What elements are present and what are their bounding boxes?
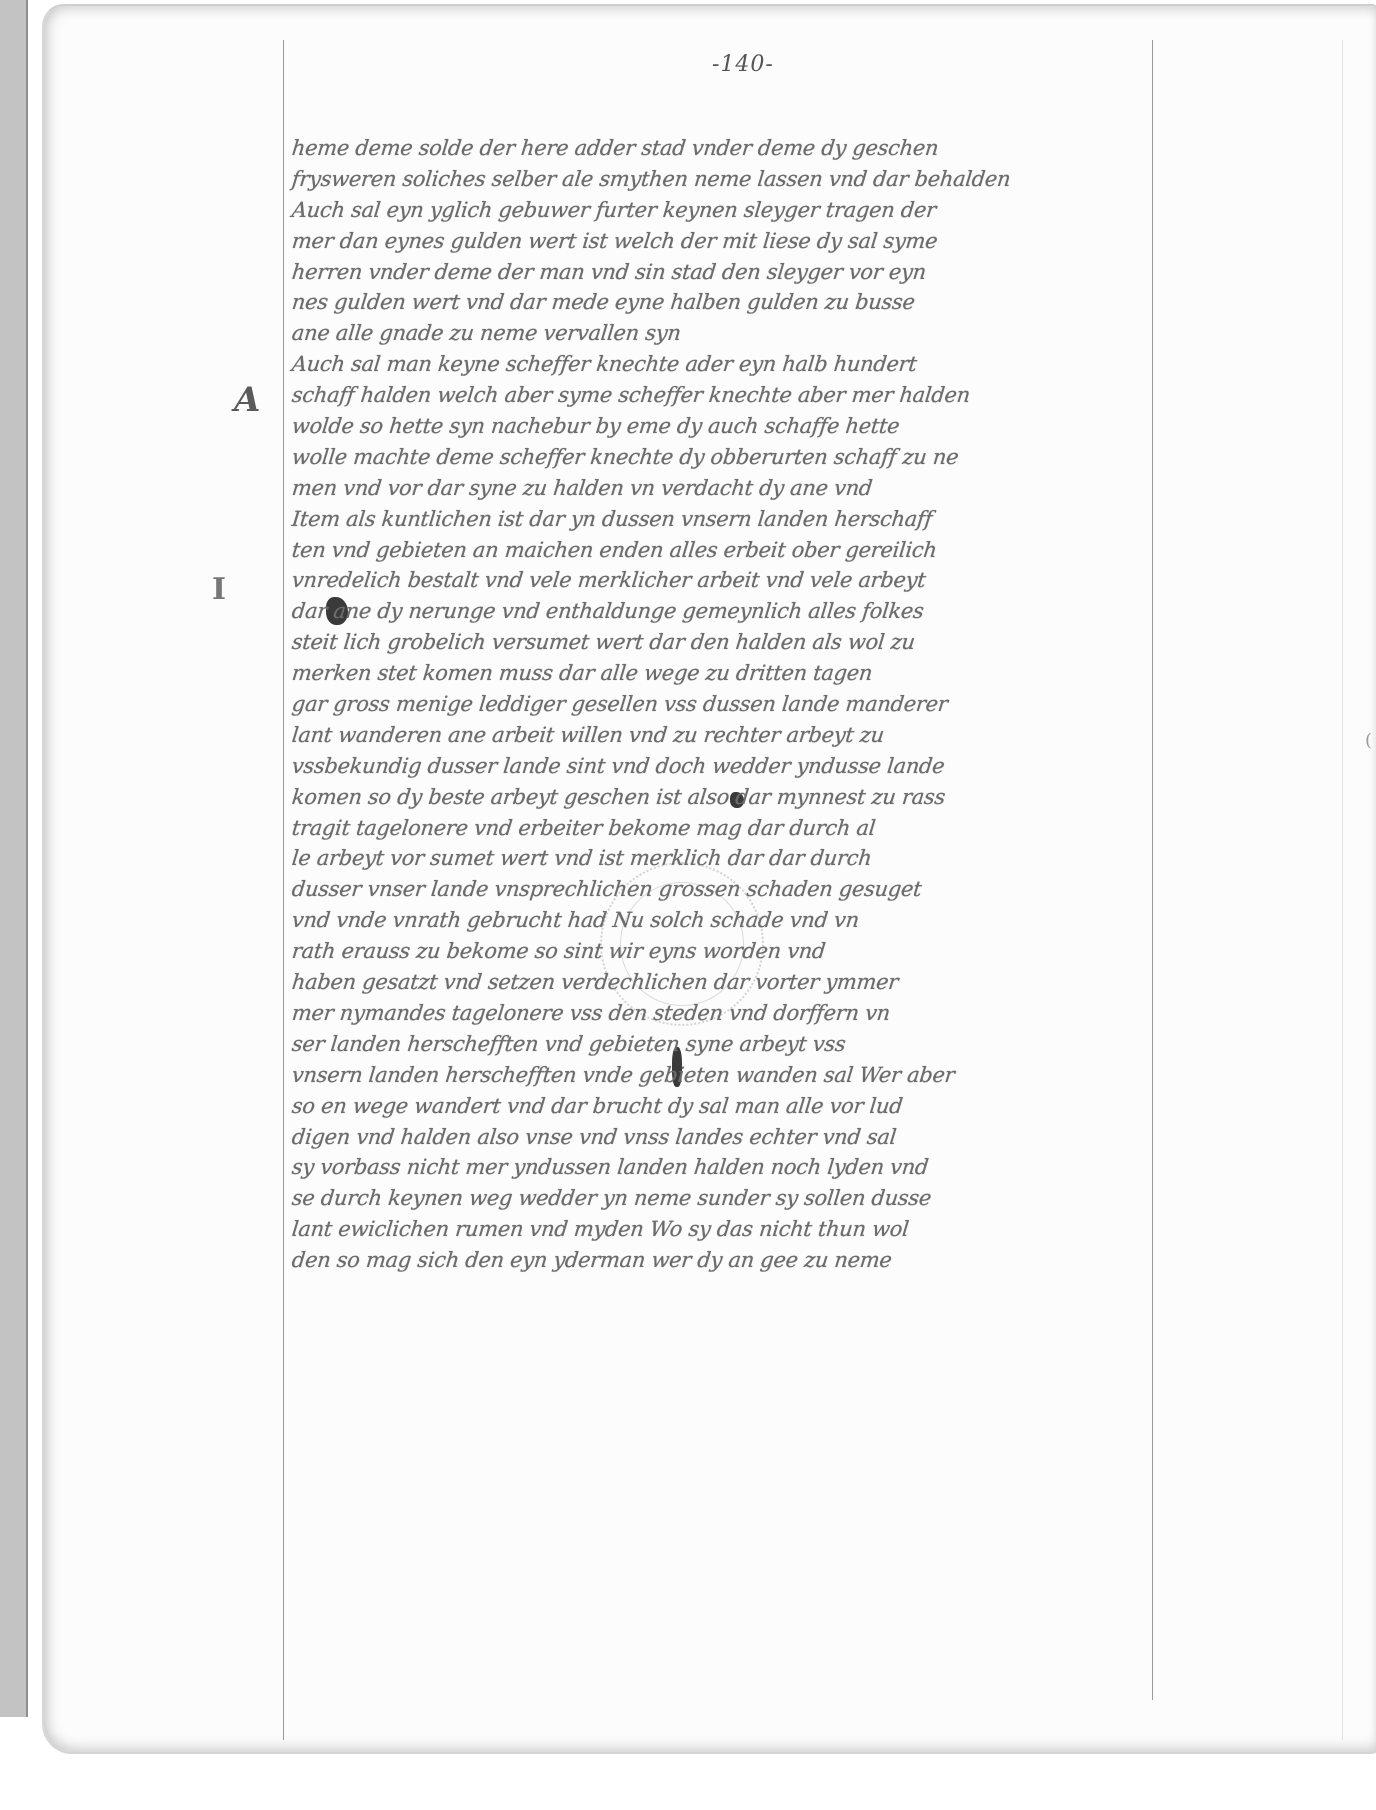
text-line: vnd vnde vnrath gebrucht had Nu solch sc… — [290, 905, 1193, 936]
scan-edge-strip — [0, 0, 28, 1717]
text-line: schaff halden welch aber syme scheffer k… — [290, 380, 1193, 411]
text-line: den so mag sich den eyn yderman wer dy a… — [290, 1245, 1193, 1276]
page-number: -140- — [712, 52, 774, 77]
text-line: ane alle gnade zu neme vervallen syn — [290, 318, 1193, 349]
text-line: sy vorbass nicht mer yndussen landen hal… — [290, 1152, 1193, 1183]
text-line: Item als kuntlichen ist dar yn dussen vn… — [290, 504, 1193, 535]
text-line: vnredelich bestalt vnd vele merklicher a… — [290, 565, 1193, 596]
margin-initial-item: I — [212, 572, 226, 607]
text-line: mer dan eynes gulden wert ist welch der … — [290, 226, 1193, 257]
text-line: herren vnder deme der man vnd sin stad d… — [290, 257, 1193, 288]
text-line: dusser vnser lande vnsprechlichen grosse… — [290, 874, 1193, 905]
text-line: men vnd vor dar syne zu halden vn verdac… — [290, 473, 1193, 504]
text-line: digen vnd halden also vnse vnd vnss land… — [290, 1122, 1193, 1153]
page-fold-line — [1342, 40, 1343, 1740]
text-line: mer nymandes tagelonere vss den steden v… — [290, 998, 1193, 1029]
text-line: lant ewiclichen rumen vnd myden Wo sy da… — [290, 1214, 1193, 1245]
text-line: wolde so hette syn nachebur by eme dy au… — [290, 411, 1193, 442]
margin-mark: ( — [1365, 730, 1372, 751]
text-line: tragit tagelonere vnd erbeiter bekome ma… — [290, 813, 1193, 844]
text-line: komen so dy beste arbeyt geschen ist als… — [290, 782, 1193, 813]
text-line: so en wege wandert vnd dar brucht dy sal… — [290, 1091, 1193, 1122]
text-line: le arbeyt vor sumet wert vnd ist merklic… — [290, 843, 1193, 874]
text-line: frysweren soliches selber ale smythen ne… — [290, 164, 1193, 195]
text-line: haben gesatzt vnd setzen verdechlichen d… — [290, 967, 1193, 998]
text-line: lant wanderen ane arbeit willen vnd zu r… — [290, 720, 1193, 751]
text-line: nes gulden wert vnd dar mede eyne halben… — [290, 287, 1193, 318]
text-line: steit lich grobelich versumet wert dar d… — [290, 627, 1193, 658]
text-line: ten vnd gebieten an maichen enden alles … — [290, 535, 1193, 566]
text-line: dar ane dy nerunge vnd enthaldunge gemey… — [290, 596, 1193, 627]
text-line: rath erauss zu bekome so sint wir eyns w… — [290, 936, 1193, 967]
decorated-initial-a: A — [234, 380, 260, 420]
text-line: gar gross menige leddiger gesellen vss d… — [290, 689, 1193, 720]
text-line: heme deme solde der here adder stad vnde… — [290, 133, 1193, 164]
ruling-line-left — [283, 40, 284, 1740]
text-line: vssbekundig dusser lande sint vnd doch w… — [290, 751, 1193, 782]
text-line: Auch sal man keyne scheffer knechte ader… — [290, 349, 1193, 380]
manuscript-text: heme deme solde der here adder stad vnde… — [292, 133, 1192, 1276]
text-line: vnsern landen herschefften vnde gebieten… — [290, 1060, 1193, 1091]
text-line: ser landen herschefften vnd gebieten syn… — [290, 1029, 1193, 1060]
text-line: Auch sal eyn yglich gebuwer furter keyne… — [290, 195, 1193, 226]
text-line: se durch keynen weg wedder yn neme sunde… — [290, 1183, 1193, 1214]
text-line: wolle machte deme scheffer knechte dy ob… — [290, 442, 1193, 473]
text-line: merken stet komen muss dar alle wege zu … — [290, 658, 1193, 689]
